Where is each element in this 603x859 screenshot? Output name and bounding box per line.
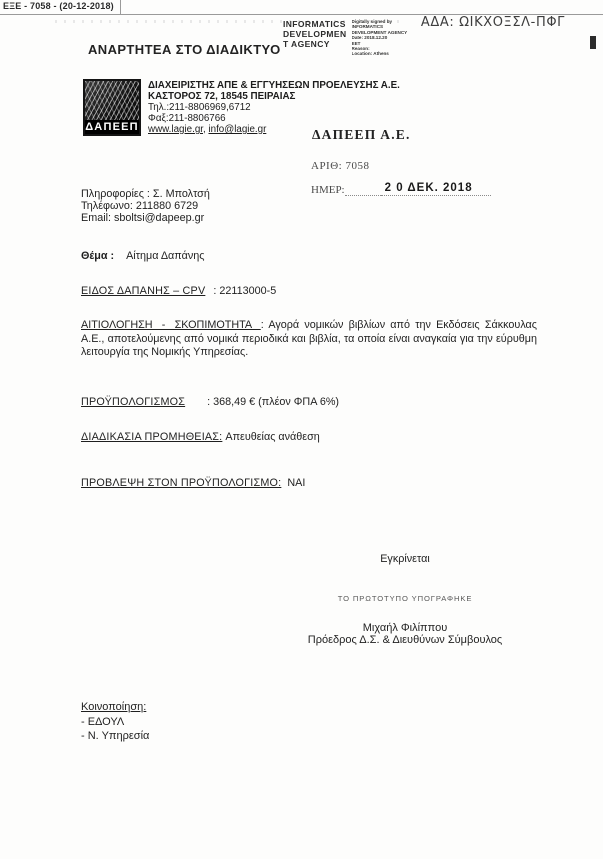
- company-phone: Τηλ.:211-8806969,6712: [148, 102, 400, 113]
- signature-details: Digitally signed by INFORMATICS DEVELOPM…: [352, 19, 428, 57]
- field-procedure: ΔΙΑΔΙΚΑΣΙΑ ΠΡΟΜΗΘΕΙΑΣ: Απευθείας ανάθεση: [81, 431, 320, 443]
- distribution-label: Κοινοποίηση:: [81, 700, 149, 715]
- stamp-date-value: 2 0 ΔΕΚ. 2018: [385, 182, 473, 195]
- distribution-item: - Ν. Υπηρεσία: [81, 729, 149, 744]
- logo-text: ΔΑΠΕΕΠ: [85, 120, 139, 134]
- procedure-label: ΔΙΑΔΙΚΑΣΙΑ ΠΡΟΜΗΘΕΙΑΣ:: [81, 431, 222, 443]
- budget-provision-label: ΠΡΟΒΛΕΨΗ ΣΤΟΝ ΠΡΟΫΠΟΛΟΓΙΣΜΟ:: [81, 477, 281, 489]
- signer-title: Πρόεδρος Δ.Σ. & Διευθύνων Σύμβουλος: [290, 634, 520, 646]
- scan-edge-mark: [590, 36, 596, 49]
- signer-name: Μιχαήλ Φιλίππου: [290, 622, 520, 634]
- approval-text: Εγκρίνεται: [290, 553, 520, 565]
- stamp-protocol-number: ΑΡΙΘ: 7058: [311, 160, 369, 172]
- budget-separator: :: [207, 396, 210, 408]
- subject-label: Θέμα :: [81, 250, 114, 262]
- document-page: ΕΞΕ - 7058 - (20-12-2018) ΑΔΑ: ΩΙΚΧΟΞΣΛ-…: [0, 0, 603, 859]
- dapeep-logo: ΔΑΠΕΕΠ: [83, 79, 141, 136]
- stamp-company-name: ΔΑΠΕΕΠ Α.Ε.: [312, 127, 411, 143]
- budget-provision-value: ΝΑΙ: [287, 477, 305, 489]
- expense-type-separator: :: [213, 285, 216, 297]
- agency-line: T AGENCY: [283, 39, 347, 49]
- contact-block: Πληροφορίες : Σ. Μπολτσή Τηλέφωνο: 21188…: [81, 188, 210, 225]
- field-budget: ΠΡΟΫΠΟΛΟΓΙΣΜΟΣ: 368,49 € (πλέον ΦΠΑ 6%): [81, 396, 339, 408]
- agency-line: INFORMATICS: [283, 19, 347, 29]
- contact-info-line: Πληροφορίες : Σ. Μπολτσή: [81, 188, 210, 200]
- stamp-date-label: ΗΜΕΡ:: [311, 184, 345, 196]
- budget-value: 368,49 € (πλέον ΦΠΑ 6%): [213, 396, 339, 408]
- digital-signature-stamp: INFORMATICS DEVELOPMEN T AGENCY Digitall…: [283, 19, 428, 57]
- expense-type-label: ΕΙΔΟΣ ΔΑΠΑΝΗΣ – CPV: [81, 285, 205, 297]
- distribution-block: Κοινοποίηση: - ΕΔΟΥΛ - Ν. Υπηρεσία: [81, 700, 149, 744]
- ada-code: ΑΔΑ: ΩΙΚΧΟΞΣΛ-ΠΦΓ: [421, 15, 565, 30]
- original-signed-stamp: ΤΟ ΠΡΩΤΟΤΥΠΟ ΥΠΟΓΡΑΦΗΚΕ: [290, 594, 520, 603]
- signature-detail-line: Location: Athens: [352, 51, 428, 56]
- company-name: ΔΙΑΧΕΙΡΙΣΤΗΣ ΑΠΕ & ΕΓΓΥΗΣΕΩΝ ΠΡΟΕΛΕΥΣΗΣ …: [148, 80, 400, 91]
- signature-agency-name: INFORMATICS DEVELOPMEN T AGENCY: [283, 19, 347, 57]
- approval-block: Εγκρίνεται ΤΟ ΠΡΩΤΟΤΥΠΟ ΥΠΟΓΡΑΦΗΚΕ Μιχαή…: [290, 553, 520, 646]
- agency-line: DEVELOPMEN: [283, 29, 347, 39]
- contact-phone-line: Τηλέφωνο: 211880 6729: [81, 200, 210, 212]
- procedure-value: Απευθείας ανάθεση: [225, 431, 319, 443]
- stamp-date-row: ΗΜΕΡ: 2 0 ΔΕΚ. 2018: [311, 182, 491, 196]
- company-address: ΚΑΣΤΟΡΟΣ 72, 18545 ΠΕΙΡΑΙΑΣ: [148, 91, 400, 102]
- justification-label: ΑΙΤΙΟΛΟΓΗΣΗ - ΣΚΟΠΙΜΟΤΗΤΑ: [81, 319, 261, 331]
- budget-label: ΠΡΟΫΠΟΛΟΓΙΣΜΟΣ: [81, 396, 185, 408]
- company-fax: Φαξ:211-8806766: [148, 113, 400, 124]
- field-justification: ΑΙΤΙΟΛΟΓΗΣΗ - ΣΚΟΠΙΜΟΤΗΤΑ : Αγορά νομικώ…: [81, 319, 537, 360]
- dotted-leader: [345, 184, 381, 196]
- distribution-item: - ΕΔΟΥΛ: [81, 715, 149, 730]
- contact-email-line: Email: sboltsi@dapeep.gr: [81, 212, 210, 224]
- posting-notice: ΑΝΑΡΤΗΤΕΑ ΣΤΟ ΔΙΑΔΙΚΤΥΟ: [88, 42, 281, 57]
- company-website: www.lagie.gr: [148, 124, 203, 135]
- stamp-date-area: 2 0 ΔΕΚ. 2018: [381, 182, 491, 196]
- protocol-reference: ΕΞΕ - 7058 - (20-12-2018): [0, 0, 121, 14]
- field-expense-type: ΕΙΔΟΣ ΔΑΠΑΝΗΣ – CPV: 22113000-5: [81, 285, 276, 297]
- company-email: info@lagie.gr: [208, 124, 266, 135]
- subject-line: Θέμα :Αίτημα Δαπάνης: [81, 250, 204, 262]
- subject-value: Αίτημα Δαπάνης: [126, 250, 204, 262]
- field-budget-provision: ΠΡΟΒΛΕΨΗ ΣΤΟΝ ΠΡΟΫΠΟΛΟΓΙΣΜΟ: ΝΑΙ: [81, 477, 305, 489]
- expense-type-value: 22113000-5: [219, 285, 276, 297]
